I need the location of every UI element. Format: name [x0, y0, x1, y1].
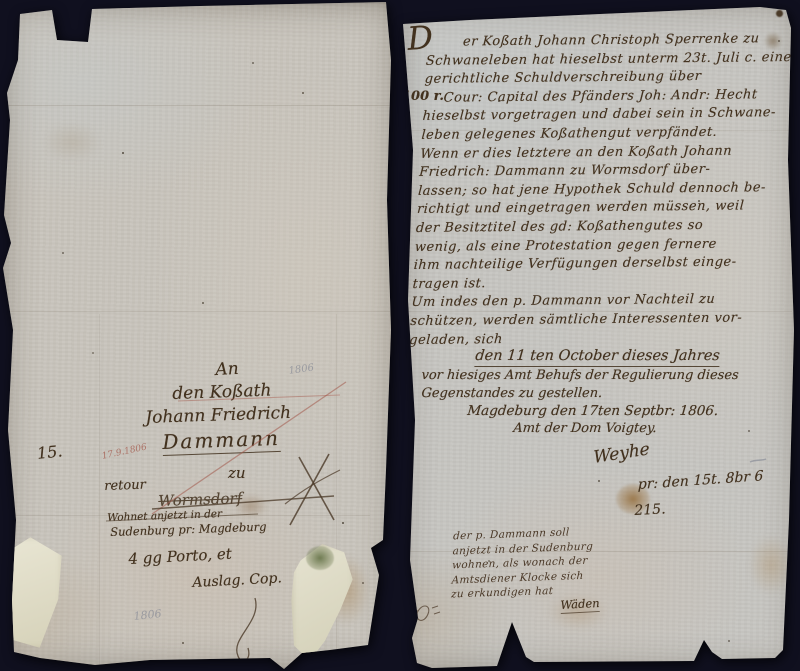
- closing-line: Gegenstandes zu gestellen.: [421, 386, 603, 401]
- red-date-annotation: 17.9.1806: [101, 442, 148, 461]
- address-salutation: An: [215, 359, 239, 380]
- pencil-year-annotation: 1806: [133, 607, 162, 623]
- official-signature: Weyhe: [593, 439, 650, 468]
- x-flourish-stroke: [299, 457, 334, 520]
- left-page-wrap: 15. 1806 1806 17.9.1806 An den Koßath Jo…: [2, 2, 396, 669]
- retour-note: retour: [104, 478, 146, 494]
- left-page-address-side: 15. 1806 1806 17.9.1806 An den Koßath Jo…: [2, 2, 396, 669]
- clerk-signature: Wäden: [560, 596, 600, 614]
- summons-date-underlined: den 11 ten October dieses Jahres: [474, 348, 720, 367]
- letter-body-text: er Koßath Johann Christoph Sperrenke zu …: [409, 31, 794, 351]
- issuer-line: Amt der Dom Voigtey.: [513, 421, 658, 436]
- closing-line: vor hiesiges Amt Behufs der Regulierung …: [421, 368, 739, 383]
- paper-stain: [42, 122, 102, 162]
- address-name-line: Johann Friedrich: [145, 403, 291, 428]
- green-wax-spot: [306, 546, 334, 570]
- paper-seal-remnant: [6, 535, 64, 650]
- presentation-note: pr: den 15t. 8br 6: [638, 468, 764, 493]
- address-zu: zu: [228, 464, 246, 482]
- postage-note-line: Auslag. Cop.: [192, 570, 282, 591]
- struck-place-name: Wormsdorf: [158, 489, 242, 510]
- scanned-letter-photograph: 15. 1806 1806 17.9.1806 An den Koßath Jo…: [0, 0, 800, 671]
- margin-paraph: [416, 606, 440, 620]
- fold-crease-vertical: [99, 314, 101, 666]
- right-page-letter-text: D 100 r. er Koßath Johann Christoph Sper…: [398, 0, 800, 671]
- postage-note-line: 4 gg Porto, et: [128, 545, 232, 568]
- address-title-line: den Koßath: [172, 381, 272, 404]
- address-surname-underlined: Dammann: [162, 426, 280, 456]
- paper-stain: [776, 10, 783, 17]
- pen-flourish-descender: [237, 598, 256, 661]
- faint-pencil-mark: [750, 459, 766, 462]
- right-page-wrap: D 100 r. er Koßath Johann Christoph Sper…: [398, 0, 800, 671]
- fold-crease-horizontal: [8, 105, 390, 107]
- fold-crease-horizontal: [8, 311, 390, 313]
- x-flourish-stroke: [285, 470, 340, 504]
- docket-number: 15.: [36, 441, 63, 463]
- fly-specks: [122, 152, 124, 154]
- paper-stain: [748, 535, 794, 595]
- marginal-note: der p. Dammann soll anjetzt in der Suden…: [451, 525, 594, 603]
- place-date-line: Magdeburg den 17ten Septbr: 1806.: [467, 403, 719, 419]
- pencil-year-annotation: 1806: [288, 362, 315, 376]
- register-number: 215.: [634, 501, 666, 519]
